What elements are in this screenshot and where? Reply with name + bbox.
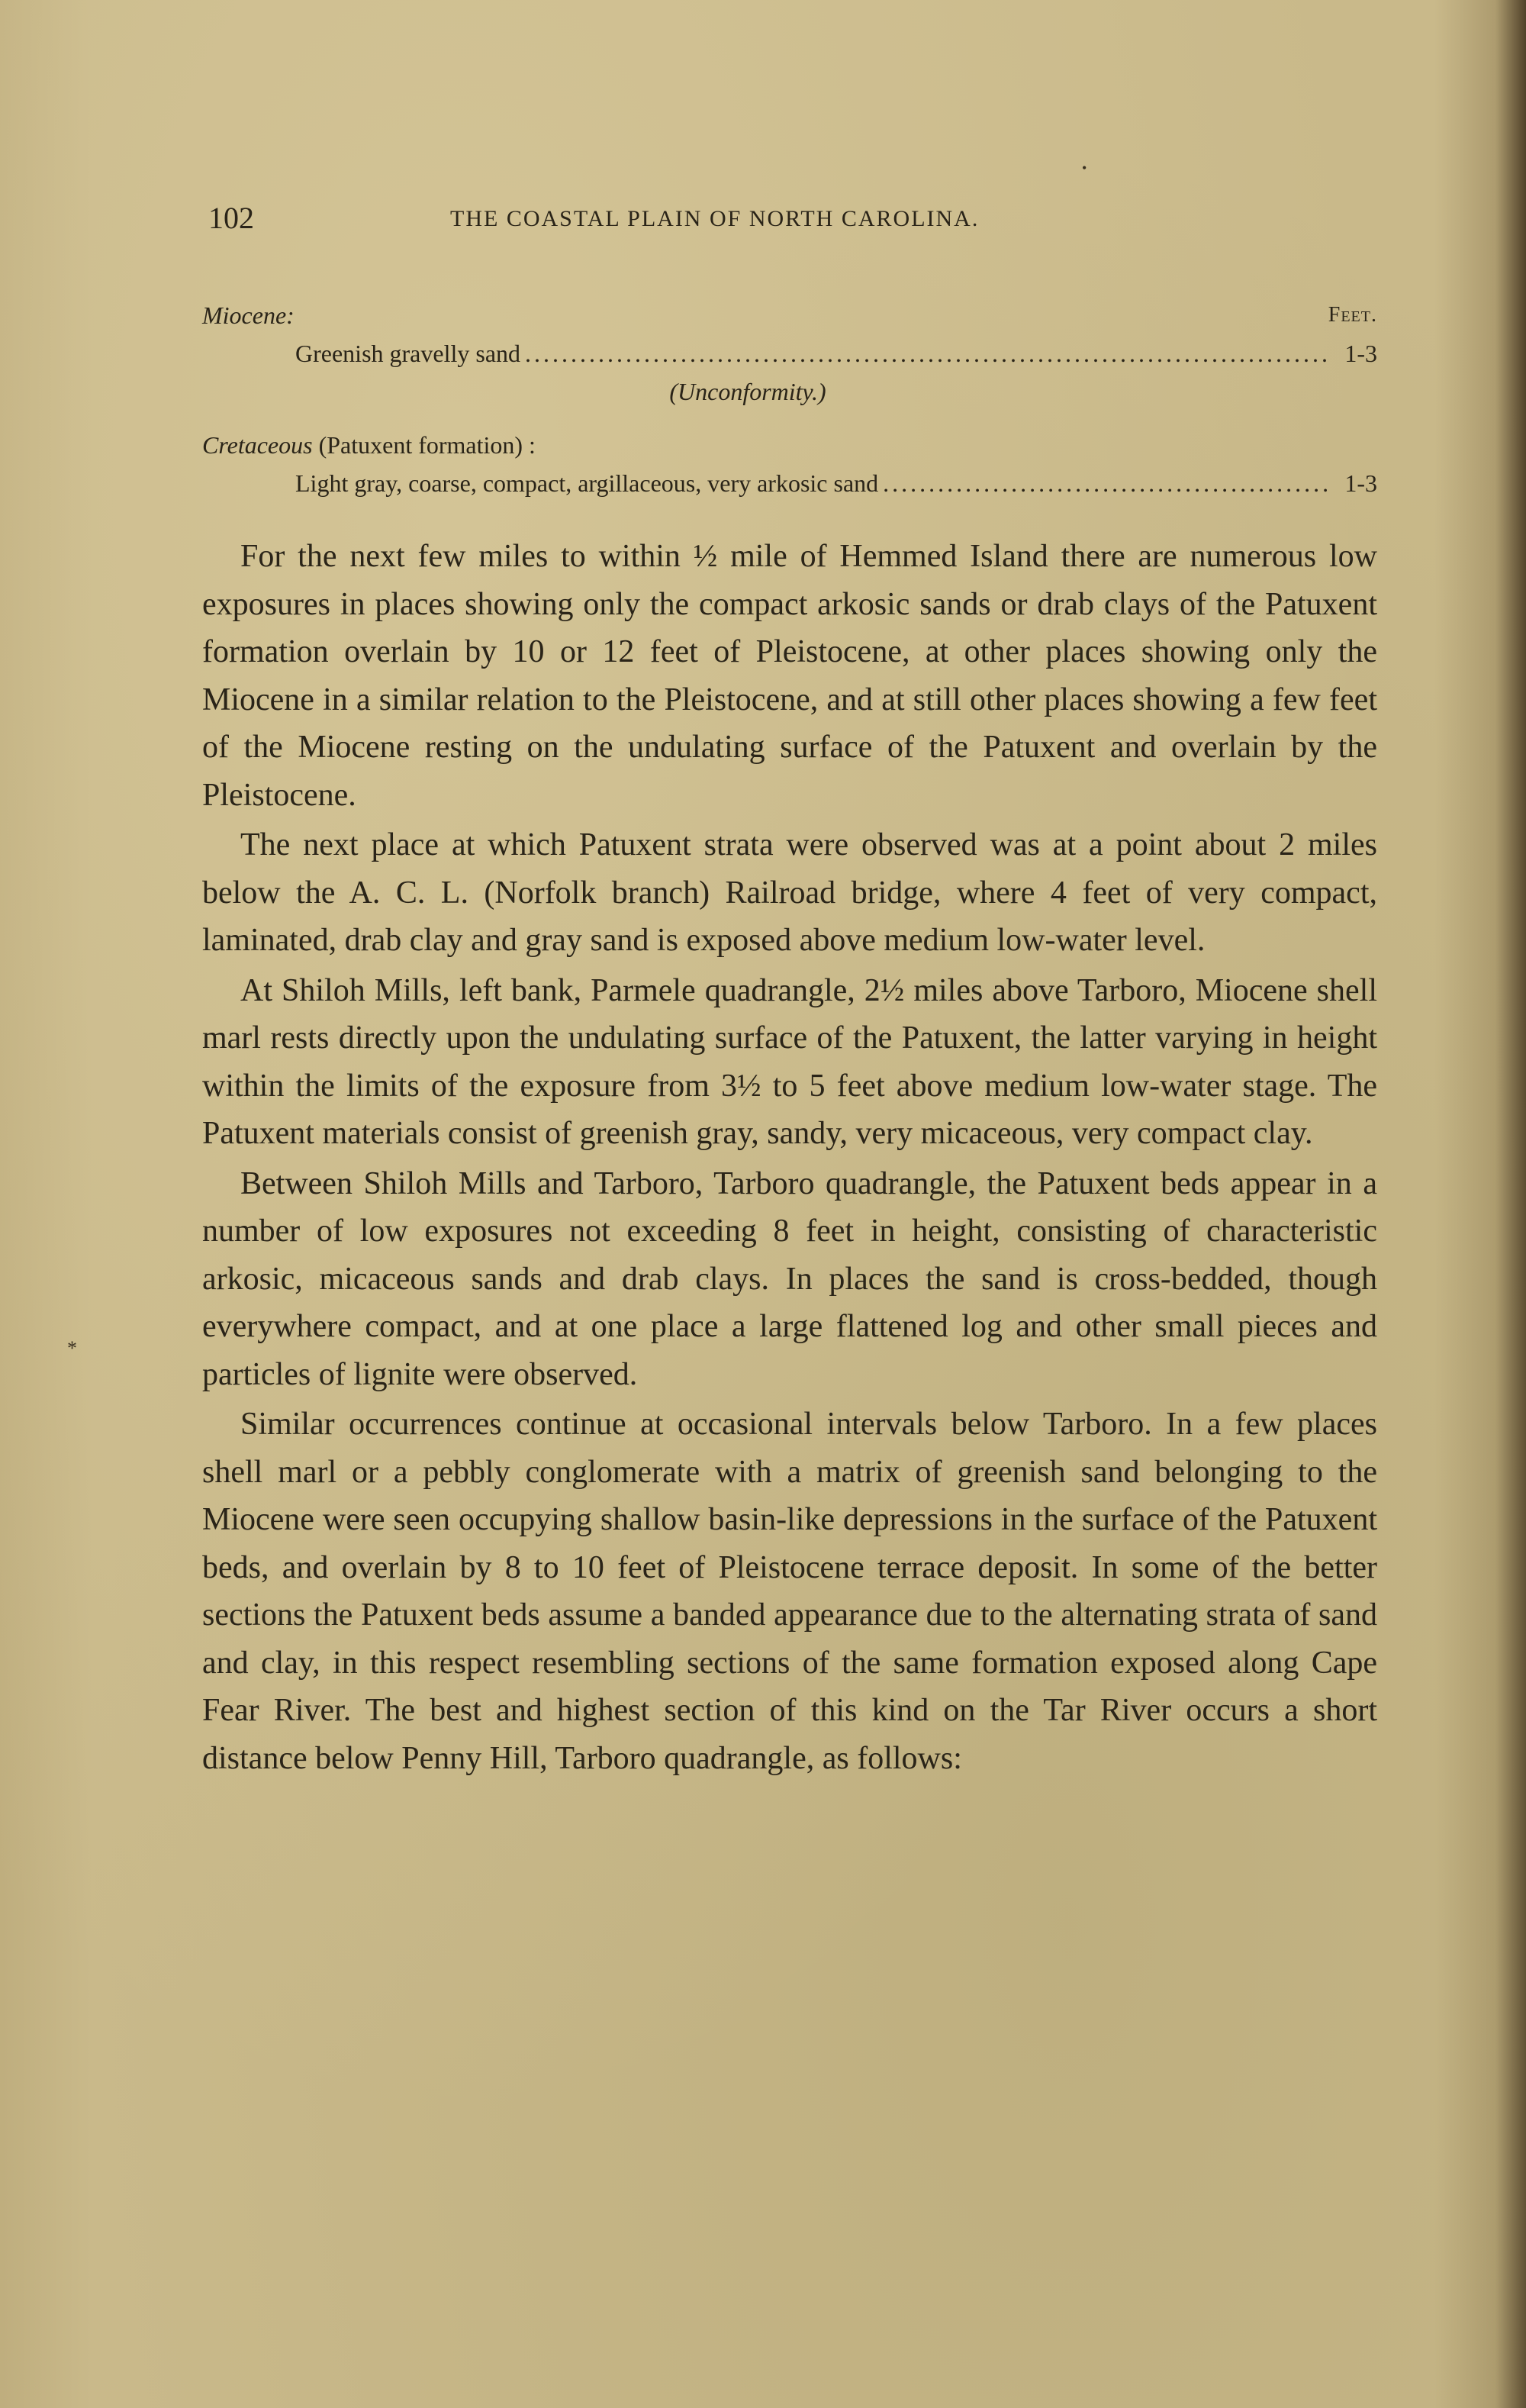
dot-leader: [525, 334, 1327, 372]
paragraph: For the next few miles to within ½ mile …: [202, 533, 1377, 819]
paragraph: The next place at which Patuxent strata …: [202, 821, 1377, 965]
paragraph: Between Shiloh Mills and Tarboro, Tarbor…: [202, 1160, 1377, 1399]
spacer: [202, 411, 1377, 426]
formation-name: (Patuxent formation) :: [313, 431, 536, 459]
stratum-description: Greenish gravelly sand: [295, 334, 520, 372]
stratum-row: Greenish gravelly sand 1-3: [202, 334, 1377, 372]
thickness-unit-header: Feet.: [1328, 296, 1377, 334]
age-heading-cretaceous: Cretaceous: [202, 431, 313, 459]
miocene-heading-row: Miocene: Feet.: [202, 296, 1377, 334]
age-heading-miocene: Miocene:: [202, 301, 295, 329]
stratum-thickness: 1-3: [1331, 334, 1377, 372]
cretaceous-heading-row: Cretaceous (Patuxent formation) :: [202, 426, 1377, 464]
stratum-description: Light gray, coarse, compact, argillaceou…: [295, 464, 878, 502]
page-number: 102: [208, 200, 254, 236]
running-title: THE COASTAL PLAIN OF NORTH CAROLINA.: [450, 206, 979, 232]
unconformity-label: (Unconformity.): [202, 372, 1377, 411]
margin-asterisk-mark: *: [67, 1337, 77, 1360]
paragraph: At Shiloh Mills, left bank, Parmele quad…: [202, 967, 1377, 1158]
stray-dot-mark: •: [1082, 160, 1087, 176]
body-text: For the next few miles to within ½ mile …: [202, 533, 1377, 1782]
dot-leader: [883, 464, 1327, 502]
stratigraphic-section: Miocene: Feet. Greenish gravelly sand 1-…: [202, 296, 1377, 502]
paragraph: Similar occurrences continue at occasion…: [202, 1401, 1377, 1782]
running-head: 102 THE COASTAL PLAIN OF NORTH CAROLINA.: [202, 200, 1377, 238]
stratum-row: Light gray, coarse, compact, argillaceou…: [202, 464, 1377, 502]
stratum-thickness: 1-3: [1331, 464, 1377, 502]
